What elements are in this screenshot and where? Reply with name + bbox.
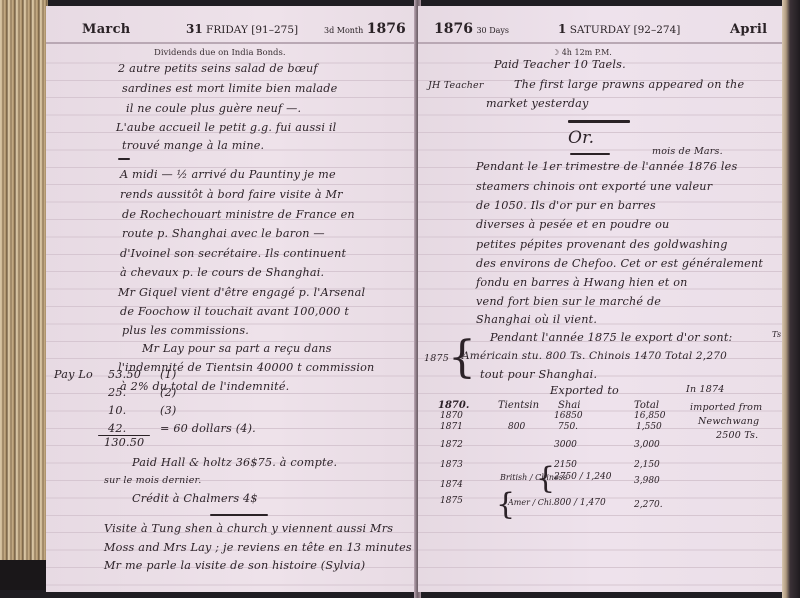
handwritten-line: market yesterday <box>486 97 589 110</box>
handwritten-line: sardines est mort limite bien malade <box>122 82 337 95</box>
table-cell-total: 2,270. <box>634 500 663 510</box>
ledger-amount: 42. <box>108 422 126 435</box>
date-label: 31 FRIDAY [91–275] <box>186 22 298 36</box>
table-header: Tientsin <box>498 400 539 411</box>
handwritten-line: Paid Teacher 10 Taels. <box>494 58 626 71</box>
table-cell-year: 1870 <box>440 411 463 421</box>
weekday: SATURDAY <box>570 24 630 36</box>
handwritten-line: The first large prawns appeared on the <box>514 78 744 91</box>
handwritten-line: 2 autre petits seins salad de bœuf <box>118 62 318 75</box>
handwritten-line: des environs de Chefoo. Cet or est génér… <box>476 257 763 270</box>
divider-stroke <box>570 153 610 155</box>
handwritten-line: Shanghai où il vient. <box>476 313 597 326</box>
handwritten-line: Mr Giquel vient d'être engagé p. l'Arsen… <box>118 286 365 299</box>
year-label: 1876 <box>434 21 473 37</box>
table-header: Total <box>634 400 659 411</box>
handwritten-line: de 1050. Ils d'or pur en barres <box>476 199 656 212</box>
handwritten-line: trouvé mange à la mine. <box>122 139 264 152</box>
side-note: Newchwang <box>698 416 759 427</box>
year-days: 1876 30 Days <box>434 21 509 37</box>
summary-year: 1875 <box>424 353 449 364</box>
handwritten-line: Pendant le 1er trimestre de l'année 1876… <box>476 160 737 173</box>
handwritten-line: il ne coule plus guère neuf —. <box>126 102 301 115</box>
handwritten-line: vend fort bien sur le marché de <box>476 295 661 308</box>
ledger-margin-label: Pay Lo <box>54 368 93 381</box>
handwritten-line: Crédit à Chalmers 4$ <box>132 492 258 505</box>
handwritten-line: Moss and Mrs Lay ; je reviens en tête en… <box>104 541 412 554</box>
table-cell-year: 1874 <box>440 480 463 490</box>
handwritten-line: route p. Shanghai avec le baron — <box>122 227 325 240</box>
moon-phase-note: ☽ 4h 12m P.M. <box>552 48 612 57</box>
page-edges-left <box>0 0 48 590</box>
side-note: imported from <box>690 402 762 413</box>
month-ordinal: 3d Month <box>324 26 363 35</box>
handwritten-line: à chevaux p. le cours de Shanghai. <box>120 266 324 279</box>
table-cell-year: 1875 <box>440 496 463 506</box>
handwritten-line: d'Ivoinel son secrétaire. Ils continuent <box>120 247 346 260</box>
table-cell-year: 1873 <box>440 460 463 470</box>
table-cell-year: 1872 <box>440 440 463 450</box>
margin-label: JH Teacher <box>428 80 484 91</box>
table-cell-shai: 800 / 1,470 <box>554 498 606 508</box>
dash-mark <box>118 158 130 160</box>
day-number: 1 <box>558 22 566 36</box>
handwritten-line: Mr me parle la visite de son histoire (S… <box>104 559 365 572</box>
month-label: April <box>730 22 767 37</box>
handwritten-line: l'indemnité de Tientsin 40000 t commissi… <box>118 361 374 374</box>
day-range: [91–275] <box>251 24 298 36</box>
right-page-header: 1876 30 Days 1 SATURDAY [92–274] April <box>418 16 782 44</box>
ledger-total: 130.50 <box>104 436 144 449</box>
days-count: 30 Days <box>476 26 509 35</box>
table-cell-shai: 16850 <box>554 411 583 421</box>
left-page-header: March 31 FRIDAY [91–275] 3d Month 1876 <box>46 16 418 44</box>
handwritten-line: L'aube accueil le petit g.g. fui aussi i… <box>116 121 336 134</box>
table-cell-total: 3,000 <box>634 440 660 450</box>
table-cell-total: 16,850 <box>634 411 666 421</box>
day-range: [92–274] <box>634 24 681 36</box>
table-cell-total: 3,980 <box>634 476 660 486</box>
table-header: Shai <box>558 400 580 411</box>
handwritten-line: à 2% du total de l'indemnité. <box>120 380 289 393</box>
brace-icon: { <box>536 464 555 494</box>
summary-line: tout pour Shanghai. <box>480 368 597 381</box>
handwritten-line: diverses à pesée et en poudre ou <box>476 218 669 231</box>
table-cell-shai: 3000 <box>554 440 577 450</box>
table-cell-total: 2,150 <box>634 460 660 470</box>
handwritten-line: Visite à Tung shen à church y viennent a… <box>104 522 393 535</box>
handwritten-line: sur le mois dernier. <box>104 475 201 486</box>
table-cell-year: 1871 <box>440 422 463 432</box>
handwritten-line: rends aussitôt à bord faire visite à Mr <box>120 188 343 201</box>
ruled-lines <box>418 46 782 592</box>
handwritten-line: de Rochechouart ministre de France en <box>122 208 355 221</box>
handwritten-line: de Foochow il touchait avant 100,000 t <box>120 305 349 318</box>
table-cell-shai: 2150 <box>554 460 577 470</box>
divider-stroke <box>568 120 630 123</box>
table-cell-shai: 750. <box>558 422 578 432</box>
handwritten-line: petites pépites provenant des goldwashin… <box>476 238 728 251</box>
year-label: 1876 <box>367 21 406 37</box>
date-label: 1 SATURDAY [92–274] <box>558 22 680 36</box>
table-header: 1870. <box>438 400 469 411</box>
divider-stroke <box>210 514 268 516</box>
section-title: Or. <box>568 128 594 148</box>
handwritten-line: fondu en barres à Hwang hien et on <box>476 276 688 289</box>
handwritten-line: steamers chinois ont exporté une valeur <box>476 180 712 193</box>
handwritten-line: plus les commissions. <box>122 324 249 337</box>
margin-note: mois de Mars. <box>652 146 723 157</box>
table-cell-total: 1,550 <box>636 422 662 432</box>
superscript: Ts <box>772 330 781 339</box>
ledger-note: (1) <box>160 368 176 381</box>
diary-spread: March 31 FRIDAY [91–275] 3d Month 1876 D… <box>0 0 800 598</box>
table-cell-tientsin: Amer / Chi. <box>508 498 554 507</box>
handwritten-line: Paid Hall & holtz 36$75. à compte. <box>132 456 337 469</box>
table-title: Exported to <box>550 384 619 397</box>
weekday: FRIDAY <box>206 24 248 36</box>
ledger-amount: 25. <box>108 386 126 399</box>
day-number: 31 <box>186 22 203 36</box>
ledger-note: (3) <box>160 404 176 417</box>
table-note-header: In 1874 <box>686 384 724 395</box>
page-edges-right <box>782 0 800 598</box>
ledger-note: = 60 dollars (4). <box>160 422 256 435</box>
handwritten-line: Mr Lay pour sa part a reçu dans <box>142 342 332 355</box>
summary-line: Américain stu. 800 Ts. Chinois 1470 Tota… <box>462 350 727 362</box>
side-note: 2500 Ts. <box>716 430 758 441</box>
ledger-amount: 53.50 <box>108 368 141 381</box>
month-label: March <box>82 22 131 37</box>
month-year: 3d Month 1876 <box>324 21 406 37</box>
table-cell-shai: 2750 / 1,240 <box>554 472 611 482</box>
right-page: 1876 30 Days 1 SATURDAY [92–274] April ☽… <box>418 6 782 592</box>
table-cell-tientsin: 800 <box>508 422 525 432</box>
left-page: March 31 FRIDAY [91–275] 3d Month 1876 D… <box>46 6 418 592</box>
ledger-amount: 10. <box>108 404 126 417</box>
ledger-note: (2) <box>160 386 176 399</box>
printed-note: Dividends due on India Bonds. <box>154 48 286 58</box>
handwritten-line: A midi — ½ arrivé du Pauntiny je me <box>120 168 336 181</box>
handwritten-line: Pendant l'année 1875 le export d'or sont… <box>490 331 733 344</box>
